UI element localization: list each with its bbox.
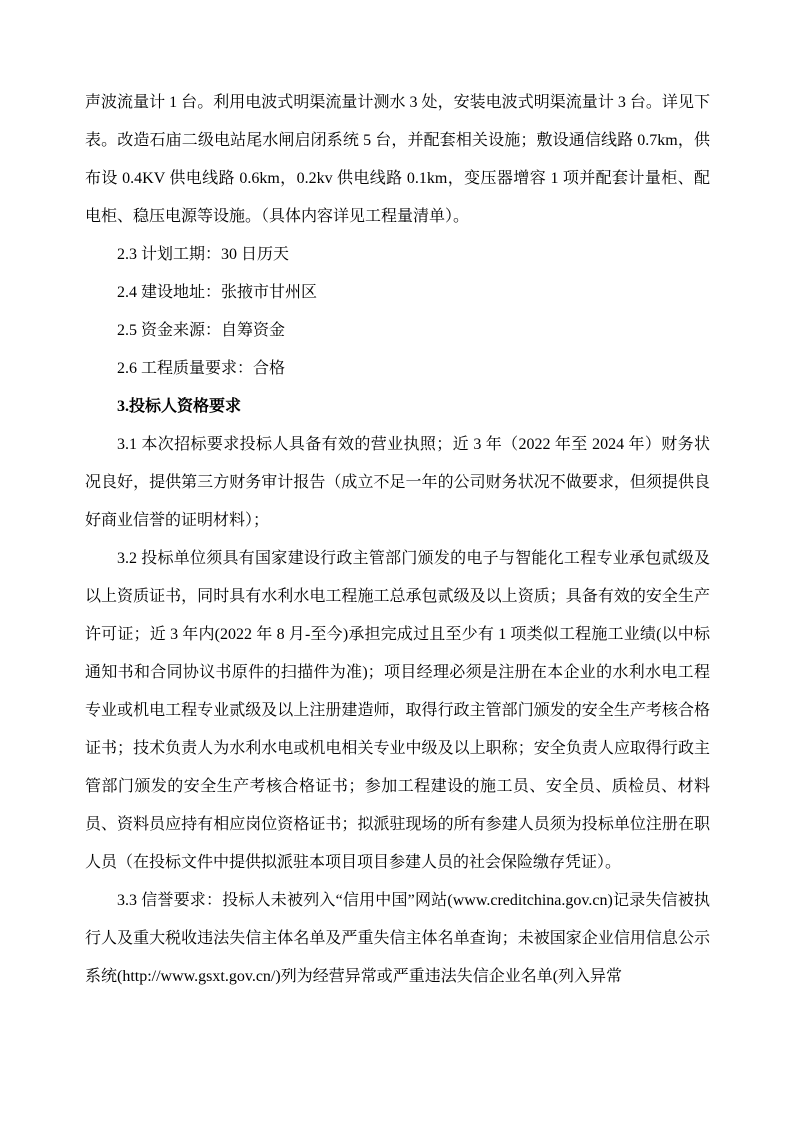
para-construction-address: 2.4 建设地址：张掖市甘州区: [85, 274, 710, 312]
document-page: 声波流量计 1 台。利用电波式明渠流量计测水 3 处，安装电波式明渠流量计 3 …: [0, 0, 793, 1122]
para-3-3-credit-requirements: 3.3 信誉要求：投标人未被列入“信用中国”网站(www.creditchina…: [85, 882, 710, 996]
para-quality-requirement: 2.6 工程质量要求：合格: [85, 350, 710, 388]
para-funding-source: 2.5 资金来源：自筹资金: [85, 312, 710, 350]
para-3-2-qualification-certificates: 3.2 投标单位须具有国家建设行政主管部门颁发的电子与智能化工程专业承包贰级及以…: [85, 540, 710, 882]
para-3-1-business-license-finance: 3.1 本次招标要求投标人具备有效的营业执照；近 3 年（2022 年至 202…: [85, 426, 710, 540]
para-scope-continuation: 声波流量计 1 台。利用电波式明渠流量计测水 3 处，安装电波式明渠流量计 3 …: [85, 84, 710, 236]
para-planned-duration: 2.3 计划工期：30 日历天: [85, 236, 710, 274]
heading-bidder-qualification-requirements: 3.投标人资格要求: [85, 388, 710, 426]
